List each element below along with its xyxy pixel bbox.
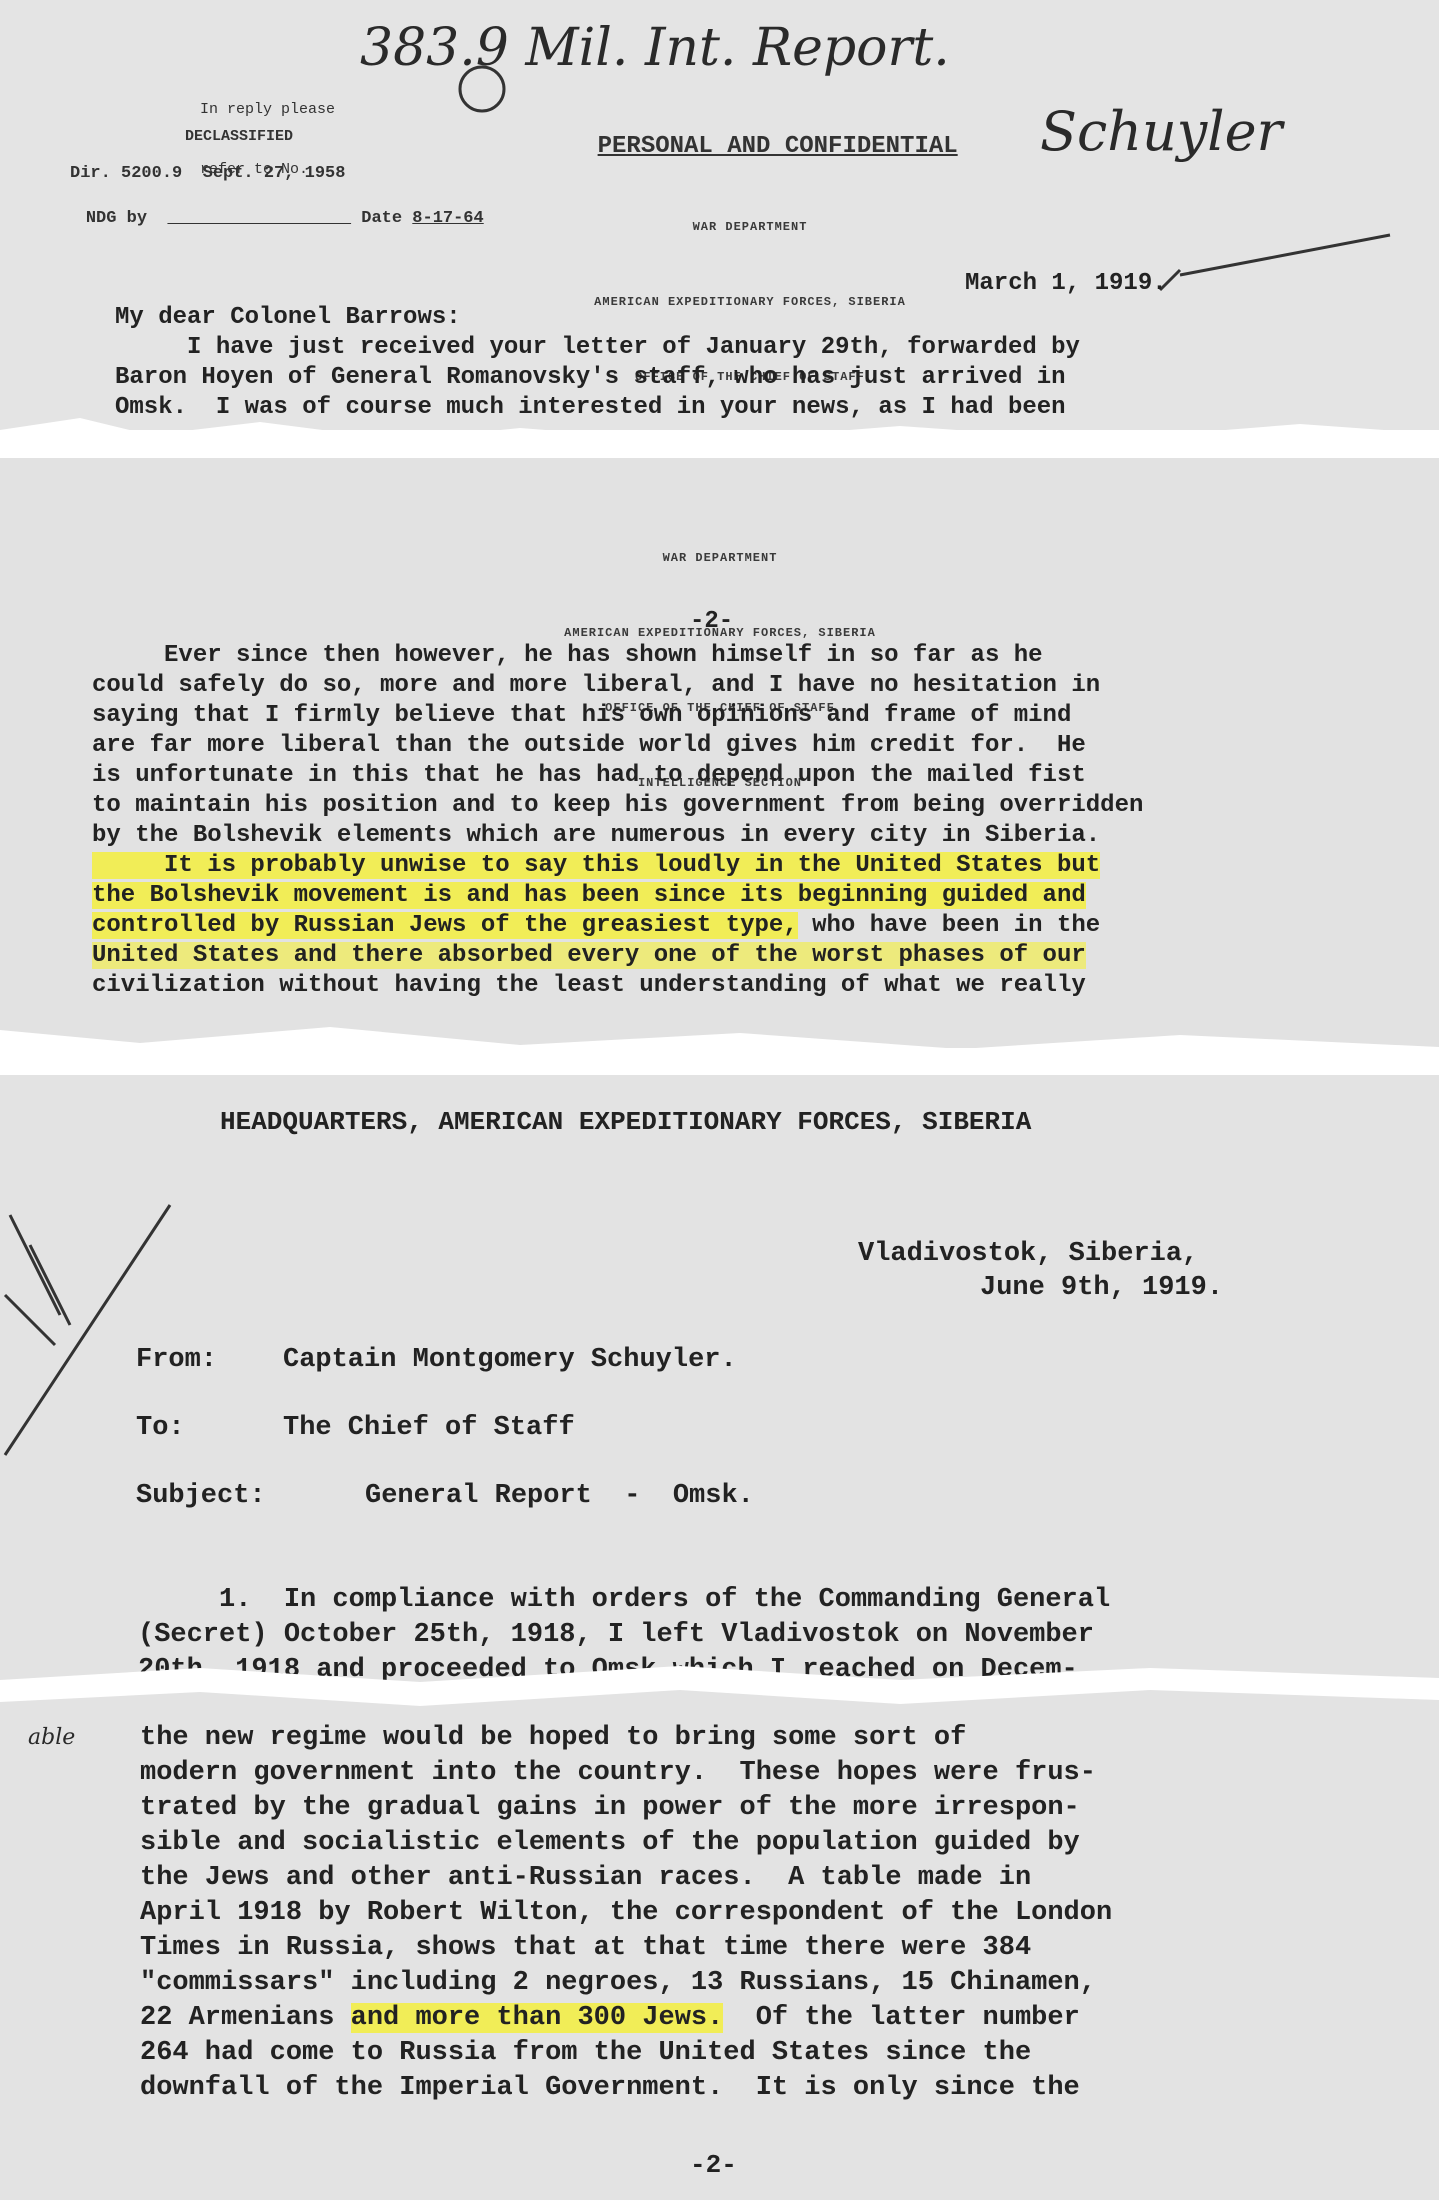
para2-line: trated by the gradual gains in power of … bbox=[140, 1793, 1080, 1823]
para2-line: "commissars" including 2 negroes, 13 Rus… bbox=[140, 1968, 1096, 1998]
highlighted-line: controlled by Russian Jews of the greasi… bbox=[92, 912, 1100, 939]
subject-value: General Report - Omsk. bbox=[365, 1481, 754, 1511]
body-line: Ever since then however, he has shown hi… bbox=[92, 642, 1043, 669]
document-fragment-1: 383.9 Mil. Int. Report. Schuyler In repl… bbox=[0, 0, 1439, 430]
document-fragment-3: HEADQUARTERS, AMERICAN EXPEDITIONARY FOR… bbox=[0, 1075, 1439, 2200]
body-line: is unfortunate in this that he has had t… bbox=[92, 762, 1086, 789]
para2-line: the new regime would be hoped to bring s… bbox=[140, 1723, 966, 1753]
page-number: -2- bbox=[690, 2150, 737, 2180]
para2-line: downfall of the Imperial Government. It … bbox=[140, 2073, 1080, 2103]
authority-line: Dir. 5200.9 Sept. 27, 1958 bbox=[70, 164, 345, 183]
body-line: are far more liberal than the outside wo… bbox=[92, 732, 1086, 759]
highlighted-line: It is probably unwise to say this loudly… bbox=[92, 852, 1100, 879]
document-fragment-2: WAR DEPARTMENT AMERICAN EXPEDITIONARY FO… bbox=[0, 458, 1439, 1048]
body-line: to maintain his position and to keep his… bbox=[92, 792, 1143, 819]
body-line: by the Bolshevik elements which are nume… bbox=[92, 822, 1100, 849]
to-label: To: bbox=[136, 1413, 185, 1443]
handwritten-name: Schuyler bbox=[1040, 100, 1282, 163]
torn-edge bbox=[0, 1660, 1439, 1720]
to-value: The Chief of Staff bbox=[283, 1413, 575, 1443]
salutation: My dear Colonel Barrows: bbox=[115, 304, 461, 331]
report-date: June 9th, 1919. bbox=[980, 1273, 1223, 1303]
body-line: United States and there absorbed every o… bbox=[92, 942, 1086, 969]
checkmark-icon bbox=[1150, 230, 1410, 300]
para2-highlight-line: 22 Armenians and more than 300 Jews. Of … bbox=[140, 2003, 1080, 2033]
highlighted-line: the Bolshevik movement is and has been s… bbox=[92, 882, 1086, 909]
page-number: -2- bbox=[690, 608, 733, 635]
declassified-stamp: DECLASSIFIED bbox=[185, 128, 293, 145]
para2-line: Times in Russia, shows that at that time… bbox=[140, 1933, 1031, 1963]
declass-by-line: NDG by Date 8-17-64 bbox=[45, 190, 484, 247]
handwritten-file-number: 383.9 Mil. Int. Report. bbox=[360, 18, 950, 78]
torn-edge bbox=[0, 1005, 1439, 1085]
body-line: I have just received your letter of Janu… bbox=[115, 334, 1080, 361]
para2-line: modern government into the country. Thes… bbox=[140, 1758, 1096, 1788]
para2-line: April 1918 by Robert Wilton, the corresp… bbox=[140, 1898, 1112, 1928]
para2-line: the Jews and other anti-Russian races. A… bbox=[140, 1863, 1031, 1893]
from-value: Captain Montgomery Schuyler. bbox=[283, 1345, 737, 1375]
body-line: civilization without having the least un… bbox=[92, 972, 1086, 999]
margin-note: able bbox=[28, 1725, 75, 1750]
para2-line: 264 had come to Russia from the United S… bbox=[140, 2038, 1031, 2068]
body-line: could safely do so, more and more libera… bbox=[92, 672, 1100, 699]
para1-line: 1. In compliance with orders of the Comm… bbox=[138, 1585, 1110, 1615]
headquarters-heading: HEADQUARTERS, AMERICAN EXPEDITIONARY FOR… bbox=[220, 1107, 1031, 1137]
body-line: Baron Hoyen of General Romanovsky's staf… bbox=[115, 364, 1066, 391]
para1-line: (Secret) October 25th, 1918, I left Vlad… bbox=[138, 1620, 1094, 1650]
letter-date: March 1, 1919. bbox=[965, 270, 1167, 297]
from-label: From: bbox=[136, 1345, 217, 1375]
subject-label: Subject: bbox=[136, 1481, 266, 1511]
circle-mark-icon bbox=[455, 62, 509, 116]
body-line: saying that I firmly believe that his ow… bbox=[92, 702, 1071, 729]
place-line: Vladivostok, Siberia, bbox=[858, 1239, 1198, 1269]
para2-line: sible and socialistic elements of the po… bbox=[140, 1828, 1080, 1858]
